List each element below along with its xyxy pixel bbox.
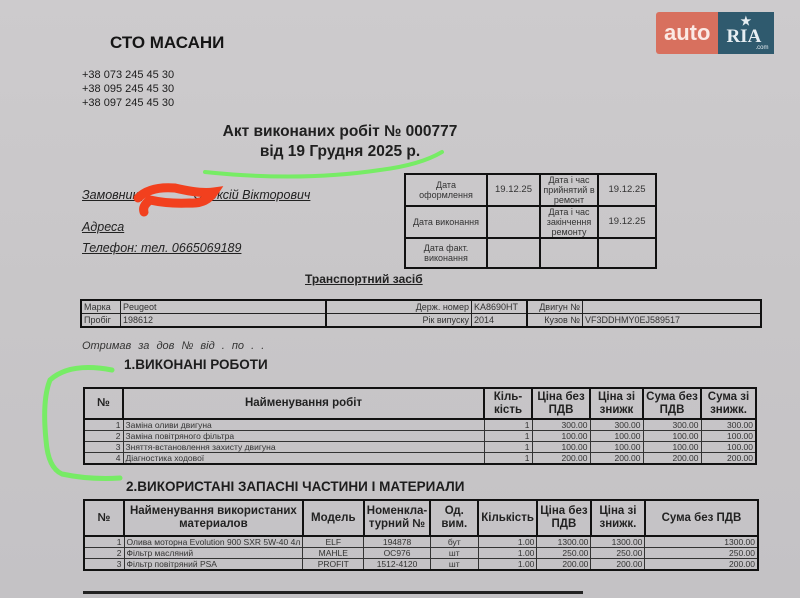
date-label: Дата виконання (405, 206, 487, 238)
works-cell: 1 (484, 442, 532, 453)
dates-row: Дата виконання Дата і час закінчення рем… (405, 206, 656, 238)
date-value: 19.12.25 (598, 206, 656, 238)
parts-cell: MAHLE (303, 548, 364, 559)
parts-cell: 200.00 (591, 559, 645, 571)
make-value: Peugeot (121, 300, 327, 314)
customer-line: Замовник Олексій Вікторович (82, 188, 310, 202)
date-label (540, 238, 598, 268)
parts-cell: 3 (84, 559, 124, 571)
parts-table: № Найменування використаних материалов М… (83, 499, 759, 571)
body-value: VF3DDHMY0EJ589517 (583, 314, 762, 328)
works-cell: Зняття-встановлення захисту двигуна (123, 442, 484, 453)
parts-cell: PROFIT (303, 559, 364, 571)
works-row: 1Заміна оливи двигуна1300.00300.00300.00… (84, 419, 756, 431)
dates-row: Дата оформлення 19.12.25 Дата і час прий… (405, 174, 656, 206)
works-header-row: № Найменування робіт Кіль-кість Ціна без… (84, 388, 756, 419)
received-line: Отримав за дов № від . по . . (82, 340, 264, 352)
works-cell: 300.00 (532, 419, 590, 431)
works-cell: 1 (484, 419, 532, 431)
parts-row: 3Фільтр повітряний PSAPROFIT1512-4120шт1… (84, 559, 758, 571)
parts-cell: Фільтр масляний (124, 548, 303, 559)
mileage-value: 198612 (121, 314, 327, 328)
col-number: № (84, 388, 123, 419)
parts-cell: Олива моторна Evolution 900 SXR 5W-40 4л (124, 536, 303, 548)
works-cell: 1 (484, 431, 532, 442)
engine-label: Двигун № (527, 300, 583, 314)
works-row: 4Діагностика ходової1200.00200.00200.002… (84, 453, 756, 465)
parts-cell: 1300.00 (591, 536, 645, 548)
parts-cell: 1 (84, 536, 124, 548)
parts-cell: 1.00 (478, 559, 537, 571)
customer-label: Замовник (82, 188, 138, 202)
logo-ria-suffix: .com (755, 45, 768, 51)
col-price: Ціна без ПДВ (532, 388, 590, 419)
plate-value: KA8690HT (472, 300, 528, 314)
works-section-title: 1.ВИКОНАНІ РОБОТИ (124, 357, 268, 372)
parts-cell: 250.00 (537, 548, 591, 559)
logo-ria-part: ★ RIA .com (718, 12, 774, 54)
works-cell: 1 (484, 453, 532, 465)
works-cell: 200.00 (532, 453, 590, 465)
works-cell: 1 (84, 419, 123, 431)
works-cell: 200.00 (590, 453, 643, 465)
col-sum: Сума без ПДВ (643, 388, 701, 419)
vehicle-table: Марка Peugeot Держ. номер KA8690HT Двигу… (80, 299, 762, 328)
col-quantity: Кіль-кість (484, 388, 532, 419)
works-cell: 100.00 (701, 431, 756, 442)
parts-cell: 1.00 (478, 536, 537, 548)
date-label: Дата і час прийнятий в ремонт (540, 174, 598, 206)
works-cell: 100.00 (590, 442, 643, 453)
works-cell: Заміна повітряного фільтра (123, 431, 484, 442)
col-price-discount: Ціна зі знижк. (591, 500, 645, 536)
parts-cell: Фільтр повітряний PSA (124, 559, 303, 571)
parts-cell: шт (430, 548, 478, 559)
parts-section-title: 2.ВИКОРИСТАНІ ЗАПАСНІ ЧАСТИНИ І МАТЕРИАЛ… (126, 479, 464, 494)
vehicle-row: Марка Peugeot Держ. номер KA8690HT Двигу… (81, 300, 761, 314)
bottom-divider (83, 591, 583, 594)
parts-cell: 250.00 (645, 548, 758, 559)
works-cell: Діагностика ходової (123, 453, 484, 465)
works-cell: Заміна оливи двигуна (123, 419, 484, 431)
parts-cell: OC976 (364, 548, 430, 559)
dates-table: Дата оформлення 19.12.25 Дата і час прий… (404, 173, 657, 269)
logo-auto-part: auto (656, 12, 718, 54)
col-sum-discount: Сума зі знижк. (701, 388, 756, 419)
date-value: 19.12.25 (598, 174, 656, 206)
works-cell: 200.00 (643, 453, 701, 465)
parts-cell: 250.00 (591, 548, 645, 559)
parts-cell: шт (430, 559, 478, 571)
works-cell: 300.00 (701, 419, 756, 431)
address-label: Адреса (82, 220, 124, 234)
act-date: від 19 Грудня 2025 р. (160, 142, 520, 162)
date-value (487, 206, 540, 238)
date-value: 19.12.25 (487, 174, 540, 206)
parts-cell: 1300.00 (537, 536, 591, 548)
parts-cell: бут (430, 536, 478, 548)
autoria-logo[interactable]: auto ★ RIA .com (656, 12, 774, 54)
works-cell: 100.00 (532, 431, 590, 442)
col-unit: Од. вим. (430, 500, 478, 536)
scanned-document: auto ★ RIA .com СТО МАСАНИ +38 073 245 4… (0, 0, 800, 598)
act-title: Акт виконаних робіт № 000777 (160, 122, 520, 142)
works-cell: 100.00 (643, 431, 701, 442)
engine-value (583, 300, 762, 314)
company-phone-3: +38 097 245 45 30 (82, 97, 174, 109)
works-cell: 3 (84, 442, 123, 453)
date-label: Дата факт. виконання (405, 238, 487, 268)
parts-cell: 1.00 (478, 548, 537, 559)
customer-phone: Телефон: тел. 0665069189 (82, 241, 241, 255)
parts-cell: 1300.00 (645, 536, 758, 548)
works-row: 2Заміна повітряного фільтра1100.00100.00… (84, 431, 756, 442)
works-cell: 100.00 (590, 431, 643, 442)
company-name: СТО МАСАНИ (110, 33, 224, 53)
date-value (598, 238, 656, 268)
vehicle-row: Пробіг 198612 Рік випуску 2014 Кузов № V… (81, 314, 761, 328)
works-cell: 100.00 (701, 442, 756, 453)
body-label: Кузов № (527, 314, 583, 328)
dates-row: Дата факт. виконання (405, 238, 656, 268)
date-label: Дата і час закінчення ремонту (540, 206, 598, 238)
works-cell: 300.00 (590, 419, 643, 431)
works-table: № Найменування робіт Кіль-кість Ціна без… (83, 387, 757, 465)
parts-cell: ELF (303, 536, 364, 548)
works-row: 3Зняття-встановлення захисту двигуна1100… (84, 442, 756, 453)
parts-header-row: № Найменування використаних материалов М… (84, 500, 758, 536)
col-price-discount: Ціна зі знижк (590, 388, 643, 419)
parts-row: 1Олива моторна Evolution 900 SXR 5W-40 4… (84, 536, 758, 548)
parts-cell: 2 (84, 548, 124, 559)
date-label: Дата оформлення (405, 174, 487, 206)
works-cell: 4 (84, 453, 123, 465)
plate-label: Держ. номер (326, 300, 472, 314)
make-label: Марка (81, 300, 121, 314)
customer-name: Олексій Вікторович (193, 188, 310, 202)
works-cell: 100.00 (532, 442, 590, 453)
parts-cell: 194878 (364, 536, 430, 548)
vehicle-section-title: Транспортний засіб (305, 272, 423, 286)
company-phone-2: +38 095 245 45 30 (82, 83, 174, 95)
col-model: Модель (303, 500, 364, 536)
col-sum: Сума без ПДВ (645, 500, 758, 536)
col-item-number: Номенкла-турний № (364, 500, 430, 536)
works-cell: 300.00 (643, 419, 701, 431)
company-phone-1: +38 073 245 45 30 (82, 69, 174, 81)
year-label: Рік випуску (326, 314, 472, 328)
parts-cell: 200.00 (537, 559, 591, 571)
col-number: № (84, 500, 124, 536)
col-quantity: Кількість (478, 500, 537, 536)
parts-row: 2Фільтр маслянийMAHLEOC976шт1.00250.0025… (84, 548, 758, 559)
date-value (487, 238, 540, 268)
works-cell: 200.00 (701, 453, 756, 465)
parts-cell: 1512-4120 (364, 559, 430, 571)
col-material-name: Найменування використаних материалов (124, 500, 303, 536)
works-cell: 100.00 (643, 442, 701, 453)
parts-cell: 200.00 (645, 559, 758, 571)
mileage-label: Пробіг (81, 314, 121, 328)
year-value: 2014 (472, 314, 528, 328)
works-cell: 2 (84, 431, 123, 442)
col-work-name: Найменування робіт (123, 388, 484, 419)
col-price: Ціна без ПДВ (537, 500, 591, 536)
